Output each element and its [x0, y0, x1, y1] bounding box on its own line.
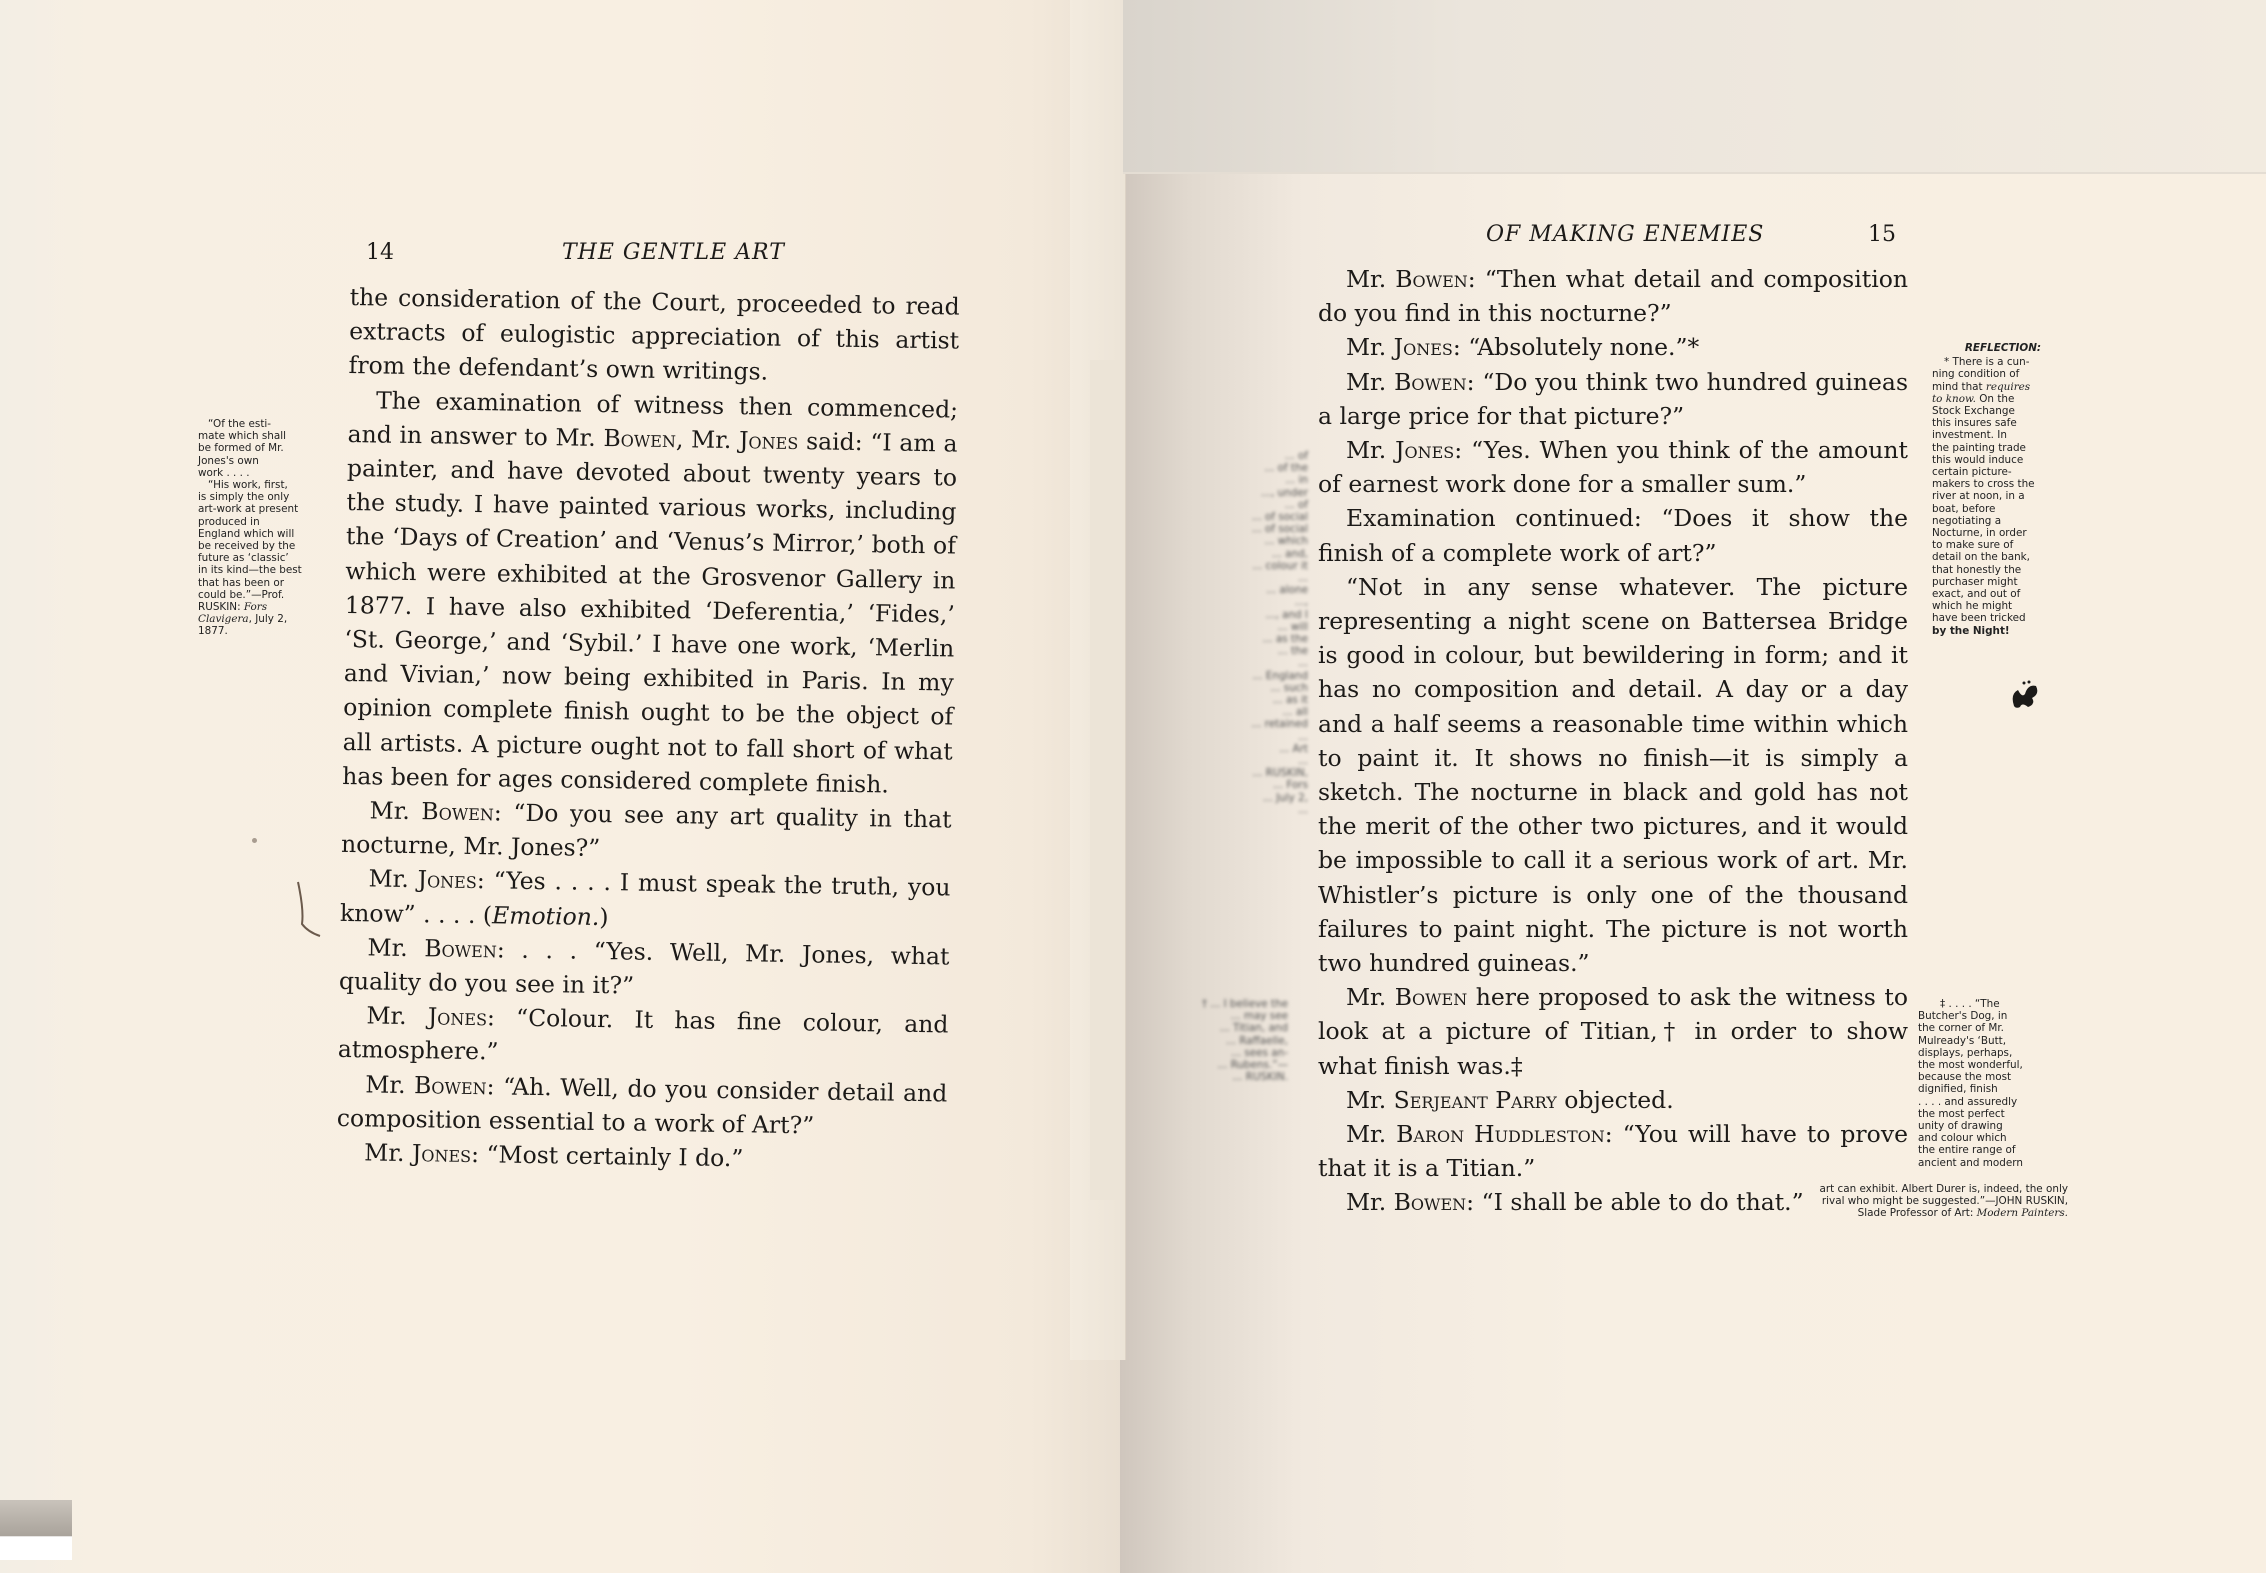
note-line: RUSKIN: Fors [198, 601, 348, 613]
speaker-name: Jones [417, 866, 477, 895]
running-head-left: THE GENTLE ART [562, 240, 785, 265]
note-line: produced in [198, 516, 348, 528]
note-line: ... which [1168, 535, 1308, 547]
note-line: the corner of Mr. [1918, 1022, 2068, 1034]
speaker-name: Bowen [603, 424, 676, 453]
margin-note-ruskin-modern-painters: ‡ . . . . “TheButcher's Dog, inthe corne… [1918, 998, 2068, 1169]
note-line: Clavigera, July 2, [198, 613, 348, 625]
speaker-name: Jones [1394, 333, 1453, 361]
note-line: ... the [1168, 645, 1308, 657]
note-line: mind that requires [1932, 381, 2074, 393]
source-title: Fors [244, 601, 267, 613]
note-line: ... alone [1168, 584, 1308, 596]
paragraph: The examination of witness then commence… [342, 383, 958, 803]
note-line: ... will [1168, 621, 1308, 633]
note-line: in its kind—the best [198, 564, 348, 576]
note-line: investment. In [1932, 429, 2074, 441]
speaker-name: Jones [428, 1003, 488, 1032]
note-line: ... of social [1168, 511, 1308, 523]
speaker-name: Bowen [1394, 368, 1467, 396]
note-line: “His work, first, [198, 479, 348, 491]
note-line: the most wonderful, [1918, 1059, 2068, 1071]
margin-note-ruskin-fors: “Of the esti-mate which shallbe formed o… [198, 418, 348, 638]
folio-right: 15 [1868, 222, 1896, 247]
note-line: is simply the only [198, 491, 348, 503]
speaker-name: Baron Huddleston [1396, 1120, 1605, 1148]
note-line: England which will [198, 528, 348, 540]
note-line: ‡ . . . . “The [1918, 998, 2068, 1010]
note-line: ... Titian, and [1168, 1022, 1288, 1034]
note-line: ... Art [1168, 743, 1308, 755]
note-line: to know. On the [1932, 393, 2074, 405]
note-line: ... retained [1168, 718, 1308, 730]
speaker-name: Jones [739, 426, 799, 455]
speaker-name: Bowen [424, 934, 497, 963]
paragraph: Mr. Bowen: . . . “Yes. Well, Mr. Jones, … [339, 930, 950, 1008]
note-line: mate which shall [198, 430, 348, 442]
note-line: this would induce [1932, 454, 2074, 466]
note-line: art-work at present [198, 503, 348, 515]
note-line: ... [1168, 657, 1308, 669]
speaker-name: Bowen [1395, 983, 1468, 1011]
source-title: Modern Painters. [1977, 1207, 2068, 1219]
note-line: * There is a cun- [1932, 356, 2074, 368]
note-line: ... [1168, 572, 1308, 584]
note-line: rival who might be suggested.”—JOHN RUSK… [1718, 1195, 2068, 1207]
note-line: be formed of Mr. [198, 442, 348, 454]
note-line: ... England [1168, 670, 1308, 682]
note-line: that honestly the [1932, 564, 2074, 576]
speaker-name: Jones [1395, 436, 1454, 464]
note-line: this insures safe [1932, 417, 2074, 429]
note-line: which he might [1932, 600, 2074, 612]
note-line: by the Night! [1932, 625, 2074, 637]
note-line: ... as it [1168, 694, 1308, 706]
note-line: 1877. [198, 625, 348, 637]
margin-note-ruskin-attribution: art can exhibit. Albert Durer is, indeed… [1718, 1183, 2068, 1220]
note-line: be received by the [198, 540, 348, 552]
pencil-mark-icon [294, 880, 324, 940]
note-line: † ... I believe the [1168, 998, 1288, 1010]
paragraph: Mr. Bowen: “Ah. Well, do you consider de… [337, 1067, 948, 1145]
margin-note-blurred-ruskin-1: ... of... of the... in..., under... of..… [1168, 450, 1308, 816]
speaker-name: Jones [412, 1139, 472, 1168]
note-line: boat, before [1932, 503, 2074, 515]
paragraph: Examination continued: “Does it show the… [1318, 501, 1908, 569]
note-line: makers to cross the [1932, 478, 2074, 490]
note-line: ... July 2, [1168, 792, 1308, 804]
note-line: . . . . and assuredly [1918, 1096, 2068, 1108]
stage-direction: Emotion. [492, 901, 600, 931]
note-line: ancient and modern [1918, 1157, 2068, 1169]
note-line: because the most [1918, 1071, 2068, 1083]
paragraph: Mr. Bowen: “Do you think two hundred gui… [1318, 365, 1908, 433]
note-line: exact, and out of [1932, 588, 2074, 600]
note-line: ... such [1168, 682, 1308, 694]
note-line: future as ‘classic’ [198, 552, 348, 564]
note-line: the entire range of [1918, 1144, 2068, 1156]
note-line: ... of [1168, 499, 1308, 511]
note-line: unity of drawing [1918, 1120, 2068, 1132]
note-line: negotiating a [1932, 515, 2074, 527]
note-line: Jones's own [198, 455, 348, 467]
speaker-name: Bowen [1395, 265, 1468, 293]
paragraph: Mr. Jones: “Absolutely none.”* [1318, 330, 1908, 364]
note-line: ... Fors [1168, 779, 1308, 791]
note-line: art can exhibit. Albert Durer is, indeed… [1718, 1183, 2068, 1195]
note-line: certain picture- [1932, 466, 2074, 478]
note-line: ..., under [1168, 487, 1308, 499]
paragraph: the consideration of the Court, proceede… [348, 280, 960, 392]
note-line: detail on the bank, [1932, 551, 2074, 563]
note-line: Nocturne, in order [1932, 527, 2074, 539]
paragraph: Mr. Serjeant Parry objected. [1318, 1083, 1908, 1117]
scan-overlap-top [1123, 0, 2266, 174]
note-line: ... of [1168, 450, 1308, 462]
note-line: have been tricked [1932, 612, 2074, 624]
paragraph: Mr. Bowen: “Do you see any art quality i… [341, 793, 952, 871]
scan-overlap-strip-inner [1090, 360, 1120, 1200]
margin-note-reflection: REFLECTION:* There is a cun-ning conditi… [1932, 342, 2074, 637]
note-line: ... RUSKIN, [1168, 767, 1308, 779]
note-line: ... as the [1168, 633, 1308, 645]
note-line: purchaser might [1932, 576, 2074, 588]
speaker-name: Serjeant Parry [1394, 1086, 1557, 1114]
paragraph: “Not in any sense whatever. The picture … [1318, 570, 1908, 980]
note-line: Slade Professor of Art: Modern Painters. [1718, 1207, 2068, 1219]
note-line: the most perfect [1918, 1108, 2068, 1120]
speaker-name: Bowen [414, 1071, 487, 1100]
folio-left: 14 [366, 240, 394, 265]
paragraph: Mr. Bowen: “Then what detail and composi… [1318, 262, 1908, 330]
emphasis: requires [1986, 381, 2030, 393]
note-line: ... may see [1168, 1010, 1288, 1022]
note-line: ... [1168, 804, 1308, 816]
note-line: the painting trade [1932, 442, 2074, 454]
note-line: ... and, [1168, 548, 1308, 560]
note-line: displays, perhaps, [1918, 1047, 2068, 1059]
paragraph: Mr. Jones: “Yes. When you think of the a… [1318, 433, 1908, 501]
note-line: ... in [1168, 474, 1308, 486]
note-line: ... colour it [1168, 560, 1308, 572]
note-line: ... of the [1168, 462, 1308, 474]
butterfly-monogram-icon [2008, 680, 2042, 710]
note-line: Mulready's ‘Butt, [1918, 1035, 2068, 1047]
note-line: ... Raffaelle, [1168, 1035, 1288, 1047]
note-line: ..., and I [1168, 609, 1308, 621]
paper-speck [252, 838, 257, 843]
speaker-name: Bowen [421, 797, 494, 826]
right-page-body: Mr. Bowen: “Then what detail and composi… [1318, 262, 1908, 1220]
note-line: ... of social [1168, 523, 1308, 535]
paragraph: Mr. Jones: “Yes . . . . I must speak the… [340, 861, 951, 939]
note-line: Stock Exchange [1932, 405, 2074, 417]
note-line: “Of the esti- [198, 418, 348, 430]
note-line: could be.”—Prof. [198, 589, 348, 601]
note-line: ... Rubens.”— [1168, 1059, 1288, 1071]
margin-note-blurred-ruskin-2: † ... I believe the... may see... Titian… [1168, 998, 1288, 1083]
note-line: and colour which [1918, 1132, 2068, 1144]
note-line: work . . . . [198, 467, 348, 479]
speaker-name: Bowen [1394, 1188, 1467, 1216]
emphasis: to know. [1932, 393, 1976, 405]
left-page-body: the consideration of the Court, proceede… [336, 280, 960, 1179]
note-line: that has been or [198, 577, 348, 589]
running-head-right: OF MAKING ENEMIES [1486, 222, 1764, 247]
paragraph: Mr. Jones: “Colour. It has fine colour, … [338, 998, 949, 1076]
note-heading: REFLECTION: [1932, 342, 2074, 354]
note-line: ning condition of [1932, 368, 2074, 380]
note-line: river at noon, in a [1932, 490, 2074, 502]
note-line: ... [1168, 755, 1308, 767]
scan-corner-artifact [0, 1500, 72, 1560]
note-line: ... [1168, 731, 1308, 743]
note-line: Butcher's Dog, in [1918, 1010, 2068, 1022]
note-line: ... RUSKIN. [1168, 1071, 1288, 1083]
paragraph: Mr. Bowen here proposed to ask the witne… [1318, 980, 1908, 1083]
note-line: ..., [1168, 596, 1308, 608]
source-title: Clavigera [198, 613, 249, 625]
paragraph: Mr. Baron Huddleston: “You will have to … [1318, 1117, 1908, 1185]
note-line: ... all [1168, 706, 1308, 718]
note-line: dignified, finish [1918, 1083, 2068, 1095]
note-line: to make sure of [1932, 539, 2074, 551]
note-line: ... sees an- [1168, 1047, 1288, 1059]
